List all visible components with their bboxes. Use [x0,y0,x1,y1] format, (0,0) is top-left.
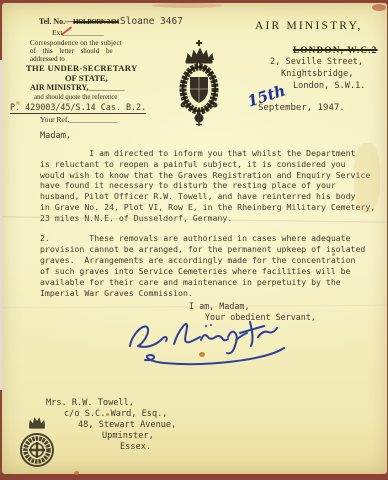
your-ref-label: Your Ref. [40,115,69,124]
para1-line: in Grave No. 24, Plot VI, Row E, in the … [40,202,375,212]
tel-number: Sloane 3467 [120,16,183,27]
stain [74,471,79,475]
para1-line: husband, Pilot Officer R.W. Towell, and … [40,191,355,201]
crowned-seal-stamp-icon [19,413,55,473]
address-line-3: London, S.W.1. [293,81,365,91]
address-line-1: 2, Seville Street, [270,57,363,67]
stain [152,3,222,8]
correspondence-note-1: Correspondence on the subject [30,39,122,47]
para2-line: provision cannot be arranged, for the pe… [40,244,365,254]
para2-line: graves. Arrangements are accordingly mad… [40,255,355,265]
air-ministry-heading: AIR MINISTRY, [255,20,363,32]
reference-number: P. 429003/45/S.14 Cas. B.2. [10,102,146,114]
para1-line: I am directed to inform you that whilst … [40,148,355,158]
recipient-line: Mrs. R.W. Towell, [46,398,134,408]
recipient-line: 48, Stewart Avenue, [78,420,176,430]
salutation: Madam, [40,131,71,141]
tel-number-struck: HOLBORN 3434 [73,18,119,26]
para2-line: Imperial War Graves Commission. [40,288,193,298]
ministry-line: AIR MINISTRY,_________ [30,83,125,92]
scanned-letter: Tel. No.—HOLBORN 3434 Sloane 3467 Ext___… [0,0,388,480]
ministry-label: AIR MINISTRY, [30,83,89,92]
para2-line: 2. These removals are authorised in case… [40,233,351,243]
ext-line: Ext___________ [52,28,104,37]
ministry-rule: _________ [89,83,125,92]
para2-line: available for their care and maintenance… [40,277,341,287]
royal-coat-of-arms-icon [174,39,224,127]
recipient-line: Upminster, [102,431,154,441]
your-ref-line: Your Ref._____________ [40,115,118,124]
stain [354,143,380,213]
tel-line: Tel. No.—HOLBORN 3434 [39,17,119,26]
correspondence-note-2: of this letter should be [30,47,113,55]
para1-line: have found it necessary to disturb the r… [40,180,336,190]
recipient-line: c/o S.C. Ward, Esq., [64,409,167,419]
stain [106,413,109,416]
stain [199,352,205,357]
correspondence-note-3: addressed to [30,55,65,63]
letter-paper: Tel. No.—HOLBORN 3434 Sloane 3467 Ext___… [2,3,387,474]
tel-label: Tel. No.— [39,17,73,26]
of-state-line: OF STATE, [65,73,108,83]
recipient-line: Essex. [120,442,151,452]
signature-icon [124,313,299,368]
para1-line: would wish to know that the Graves Regis… [40,170,370,180]
para1-line: is reluctant to reopen a painful subject… [40,159,346,169]
stain [332,253,335,256]
london-wc2-struck: LONDON, W.C.2 [293,45,378,55]
your-ref-rule: _____________ [69,115,118,124]
address-line-2: Knightsbridge, [281,69,353,79]
stain [372,4,386,11]
scan-edge [0,60,2,390]
quote-note: and should quote the reference [34,94,117,101]
date-line: September, 1947. [258,103,345,113]
para2-line: of such graves into Service Cemeteries w… [40,266,351,276]
under-secretary-line: THE UNDER-SECRETARY [26,63,137,73]
stain [16,101,20,105]
